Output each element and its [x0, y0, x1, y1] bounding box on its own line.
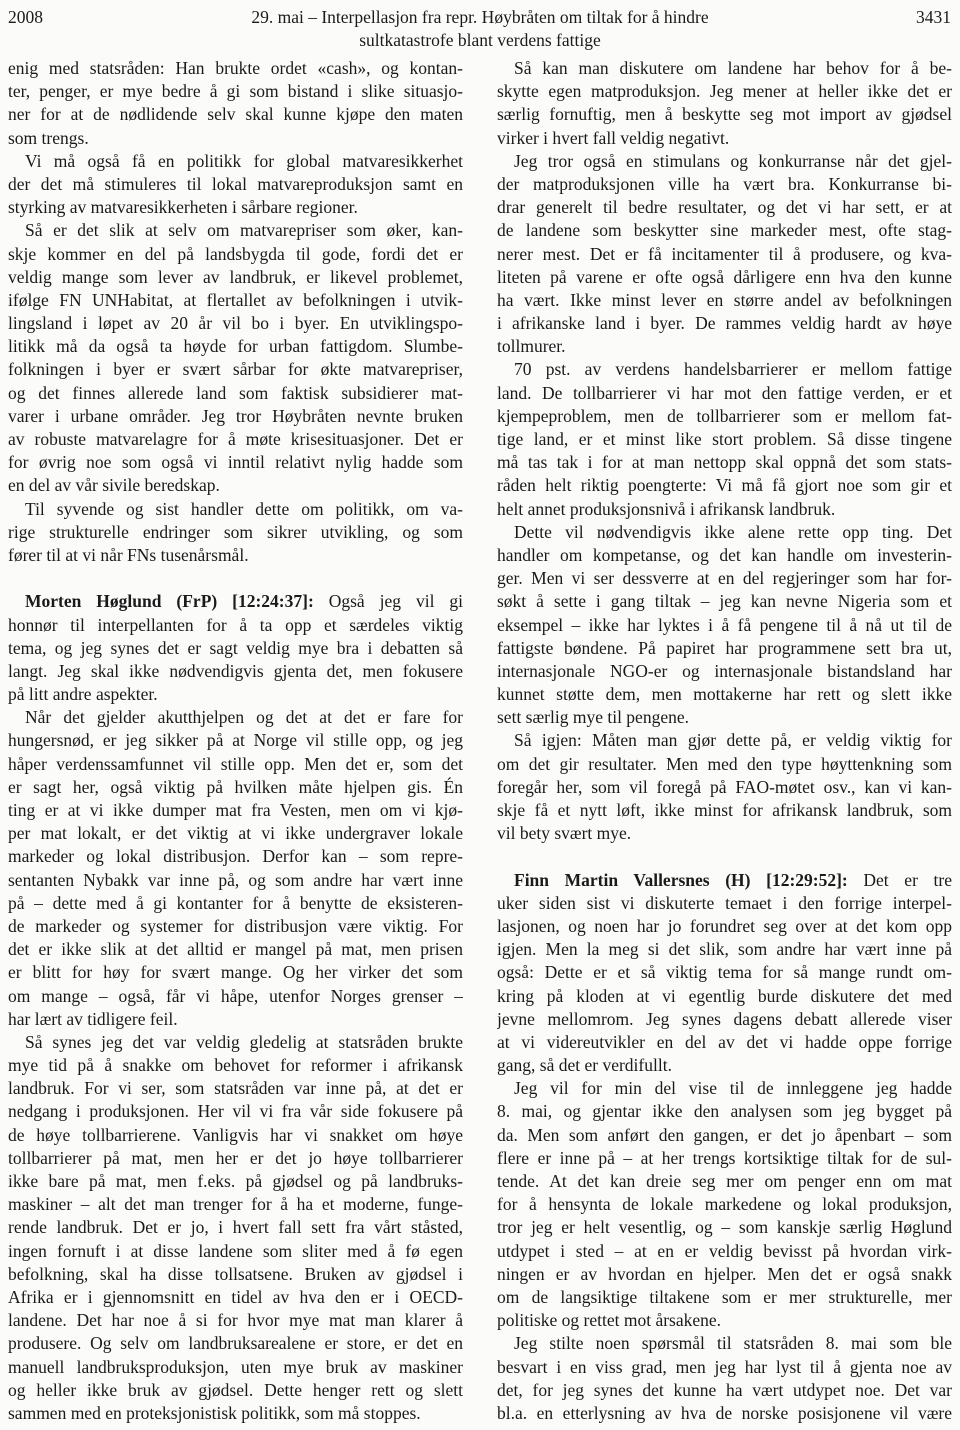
text-line: jevne mellomrom. Jeg synes dagens debatt…	[497, 1008, 952, 1031]
text-line: Dette vil nødvendigvis ikke alene rette …	[497, 521, 952, 544]
text-line: hungersnød, er jeg sikker på at Norge vi…	[8, 729, 463, 752]
text-line: at vi videreutvikler en del av det vi ha…	[497, 1031, 952, 1054]
text-line: på litt andre aspekter.	[8, 683, 463, 706]
text-line: Finn Martin Vallersnes (H) [12:29:52]: D…	[497, 869, 952, 892]
text-line: land. De tollbarrierer vi har mot den fa…	[497, 382, 952, 405]
text-line: særlig fornuftig, men å beskytte seg mot…	[497, 103, 952, 126]
text-line: sentanten Nybakk var inne på, og som and…	[8, 869, 463, 892]
text-line: Jeg stilte noen spørsmål til statsråden …	[497, 1332, 952, 1355]
paragraph: Så synes jeg det var veldig gledelig at …	[8, 1031, 463, 1425]
text-line: politiske og rettet mot årsakene.	[497, 1309, 952, 1332]
text-line: som trengs.	[8, 127, 463, 150]
paragraph: Så kan man diskutere om landene har beho…	[497, 57, 952, 150]
paragraph: enig med statsråden: Han brukte ordet «c…	[8, 57, 463, 150]
text-line: handler om kompetanse, og det kan handle…	[497, 544, 952, 567]
paragraph: Til syvende og sist handler dette om pol…	[8, 498, 463, 568]
text-line: er sagt her, også viktig på hvilken måte…	[8, 776, 463, 799]
text-line: der det må stimuleres til lokal matvarep…	[8, 173, 463, 196]
text-line: fattigste bøndene. På papiret har progra…	[497, 637, 952, 660]
text-line: søkt å sette i gang tiltak – jeg kan nev…	[497, 590, 952, 613]
text-line: råden helt riktig poengterte: Vi må få g…	[497, 474, 952, 497]
text-line: må tas tak i for at man nettopp skal opp…	[497, 451, 952, 474]
text-line: kring på kloden at vi egentlig burde dis…	[497, 985, 952, 1008]
text-line: produsere. Og selv om landbruksarealene …	[8, 1332, 463, 1355]
text-line: de høye tollbarrierene. Vanligvis har vi…	[8, 1124, 463, 1147]
text-line: styrking av matvaresikkerheten i sårbare…	[8, 196, 463, 219]
text-line: lasjonen, og noen har jo forundret seg o…	[497, 915, 952, 938]
text-line: fører til at vi når FNs tusenårsmål.	[8, 544, 463, 567]
text-line: besvart i en viss grad, men jeg har lyst…	[497, 1356, 952, 1379]
text-line: ningen er av hvordan en hjelper. Men det…	[497, 1263, 952, 1286]
left-column: enig med statsråden: Han brukte ordet «c…	[8, 57, 463, 1425]
text-line: gang, så det er verdifullt.	[497, 1054, 952, 1077]
text-line: Jeg tror også en stimulans og konkurrans…	[497, 150, 952, 173]
paragraph: Vi må også få en politikk for global mat…	[8, 150, 463, 220]
text-line: Til syvende og sist handler dette om pol…	[8, 498, 463, 521]
text-line: ingen fornuft i at disse landene som sli…	[8, 1240, 463, 1263]
text-line: kjempeproblem, men de tollbarrierer som …	[497, 405, 952, 428]
text-line: ner for at de nødlidende selv skal kunne…	[8, 103, 463, 126]
speaker-name: Finn Martin Vallersnes (H) [12:29:52]:	[514, 870, 848, 890]
text-line: Morten Høglund (FrP) [12:24:37]: Også je…	[8, 590, 463, 613]
text-line: skje kommer en del på landsbygda til god…	[8, 243, 463, 266]
text-line: nerer mest. Det er få incitamenter til å…	[497, 243, 952, 266]
text-line: enig med statsråden: Han brukte ordet «c…	[8, 57, 463, 80]
text-line: ter, penger, er mye bedre å gi som bista…	[8, 80, 463, 103]
text-line: helt annet produksjonsnivå i afrikansk l…	[497, 498, 952, 521]
text-line: ha vært. Ikke minst lever en større ande…	[497, 289, 952, 312]
edition-year: 2008	[8, 6, 43, 29]
text-line: av robuste matvarelagre for å møte krise…	[8, 428, 463, 451]
text-line: Så er det slik at selv om matvarepriser …	[8, 219, 463, 242]
text-line: de landene som beskytter sine markeder m…	[497, 219, 952, 242]
text-line: veldig mange som lever av landbruk, er l…	[8, 266, 463, 289]
text-line: landene. Det har noe å si for hvor mye m…	[8, 1309, 463, 1332]
text-line: tende. At det kan dreie seg mer om penge…	[497, 1170, 952, 1193]
text-line: manuell landbruksproduksjon, uten mye br…	[8, 1356, 463, 1379]
text-line: tollbarrierer på mat, men her er det jo …	[8, 1147, 463, 1170]
text-line: landbruk. For vi ser, som statsråden var…	[8, 1077, 463, 1100]
text-line: ting er at vi ikke dumper mat fra Vesten…	[8, 799, 463, 822]
text-line: om det gir resultater. Men med den type …	[497, 753, 952, 776]
text-line: Så igjen: Måten man gjør dette på, er ve…	[497, 729, 952, 752]
text-line: i afrikanske land i byer. De rammes veld…	[497, 312, 952, 335]
paragraph: Så er det slik at selv om matvarepriser …	[8, 219, 463, 497]
text-line: tige land, er et minst like stort proble…	[497, 428, 952, 451]
text-line: Afrika er i gjennomsnitt en tidel av hva…	[8, 1286, 463, 1309]
paragraph: 70 pst. av verdens handelsbarrierer er m…	[497, 358, 952, 520]
text-line: honnør til interpellanten for å ta opp e…	[8, 614, 463, 637]
text-line: per mat lokalt, er det viktig at vi ikke…	[8, 822, 463, 845]
text-line: folkningen i byer er svært sårbar for øk…	[8, 358, 463, 381]
text-line: ikke bare på mat, men f.eks. på gjødsel …	[8, 1170, 463, 1193]
text-line: nedgang i produksjonen. Her vil vi fra v…	[8, 1100, 463, 1123]
text-line: og heller ikke bruk av gjødsel. Dette he…	[8, 1379, 463, 1402]
text-line: det, for jeg synes det kunne ha vært utd…	[497, 1379, 952, 1402]
running-title: 29. mai – Interpellasjon fra repr. Høybr…	[80, 6, 880, 52]
text-line: mye tid på å snakke om behovet for refor…	[8, 1054, 463, 1077]
paragraph: Dette vil nødvendigvis ikke alene rette …	[497, 521, 952, 730]
text-line: 8. mai, og gjentar ikke den analysen som…	[497, 1100, 952, 1123]
two-column-body: enig med statsråden: Han brukte ordet «c…	[0, 57, 960, 1425]
text-line: flere er inne på – at her trengs kortsik…	[497, 1147, 952, 1170]
text-line: tror jeg er helt vesentlig, og – som kan…	[497, 1216, 952, 1239]
text-line: da. Men som anført den gangen, er det jo…	[497, 1124, 952, 1147]
text-line: Jeg vil for min del vise til de innlegge…	[497, 1077, 952, 1100]
speech-paragraph: Finn Martin Vallersnes (H) [12:29:52]: D…	[497, 869, 952, 1078]
text-line: bl.a. en etterlysning av hva de norske p…	[497, 1402, 952, 1425]
paragraph: Når det gjelder akutthjelpen og det at d…	[8, 706, 463, 1031]
text-line: befolkning, skal ha disse tollsatsene. B…	[8, 1263, 463, 1286]
text-line: skytte egen matproduksjon. Jeg mener at …	[497, 80, 952, 103]
text-line: Så kan man diskutere om landene har beho…	[497, 57, 952, 80]
text-line: ifølge FN UNHabitat, at flertallet av be…	[8, 289, 463, 312]
right-column: Så kan man diskutere om landene har beho…	[497, 57, 952, 1425]
text-line: eksempel – ikke har lyktes i å få pengen…	[497, 614, 952, 637]
text-line: Så synes jeg det var veldig gledelig at …	[8, 1031, 463, 1054]
paragraph: Jeg stilte noen spørsmål til statsråden …	[497, 1332, 952, 1425]
text-line: lingsland i løpet av 20 år vil bo i byer…	[8, 312, 463, 335]
text-line: virker i hvert fall veldig negativt.	[497, 127, 952, 150]
text-line: markeder og lokal distribusjon. Derfor k…	[8, 845, 463, 868]
text-line: er blitt for høy for svært mange. Og her…	[8, 961, 463, 984]
text-line: internasjonale NGO-er og internasjonale …	[497, 660, 952, 683]
text-line: rige strukturelle endringer som sikrer u…	[8, 521, 463, 544]
page-number: 3431	[916, 6, 951, 29]
text-line: varer i urbane områder. Jeg tror Høybråt…	[8, 405, 463, 428]
text-line: har lært av tidligere feil.	[8, 1008, 463, 1031]
text-line: igjen. Men la meg si det slik, som andre…	[497, 938, 952, 961]
text-line: der matproduksjonen ville ha vært bra. K…	[497, 173, 952, 196]
text-line: de markeder og systemer for distribusjon…	[8, 915, 463, 938]
text-line: tema, og jeg synes det er sagt veldig my…	[8, 637, 463, 660]
speech-paragraph: Morten Høglund (FrP) [12:24:37]: Også je…	[8, 590, 463, 706]
text-line: langt. Jeg skal ikke nødvendigvis gjenta…	[8, 660, 463, 683]
paragraph: Så igjen: Måten man gjør dette på, er ve…	[497, 729, 952, 845]
text-line: om de langsiktige tiltakene som er mer s…	[497, 1286, 952, 1309]
text-line: 70 pst. av verdens handelsbarrierer er m…	[497, 358, 952, 381]
text-line: for å hensynta de lokale markedene og lo…	[497, 1193, 952, 1216]
text-line: litikk må da også ta høyde for urban fat…	[8, 335, 463, 358]
text-line: tollmurer.	[497, 335, 952, 358]
text-line: på – dette med å gi kontanter for å beny…	[8, 892, 463, 915]
text-line: foregår her, som vil foregå på FAO-møtet…	[497, 776, 952, 799]
text-line: en del av vår sivile beredskap.	[8, 474, 463, 497]
text-line: det er ikke slik at det alltid er mangel…	[8, 938, 463, 961]
text-line: maskiner – alt det man trenger for å ha …	[8, 1193, 463, 1216]
text-line: vil bety svært mye.	[497, 822, 952, 845]
paragraph: Jeg vil for min del vise til de innlegge…	[497, 1077, 952, 1332]
text-line: uker siden sist vi diskuterte temaet i d…	[497, 892, 952, 915]
text-line: for øvrig noe som også vi inntil relativ…	[8, 451, 463, 474]
text-line: kunnet støtte dem, men mottakerne har re…	[497, 683, 952, 706]
running-title-line2: sultkatastrofe blant verdens fattige	[80, 29, 880, 52]
text-line: håper verdenssamfunnet vil stille opp. M…	[8, 753, 463, 776]
page-header: 2008 29. mai – Interpellasjon fra repr. …	[0, 0, 960, 53]
text-line: liteten på varene er ofte også dårligere…	[497, 266, 952, 289]
text-line: sammen med en proteksjonistisk politikk,…	[8, 1402, 463, 1425]
text-line: også: Dette er et så viktig tema for så …	[497, 961, 952, 984]
text-line: drar generelt til bedre resultater, og d…	[497, 196, 952, 219]
text-line: sett særlig mye til pengene.	[497, 706, 952, 729]
text-line: utdypet i sted – at en er veldig bevisst…	[497, 1240, 952, 1263]
text-line: rende landbruk. Det er jo, i hvert fall …	[8, 1216, 463, 1239]
text-line: skje få et nytt løft, ikke minst for afr…	[497, 799, 952, 822]
document-page: 2008 29. mai – Interpellasjon fra repr. …	[0, 0, 960, 1430]
text-line: ger. Men vi ser dessverre at en del regj…	[497, 567, 952, 590]
running-title-line1: 29. mai – Interpellasjon fra repr. Høybr…	[80, 6, 880, 29]
speaker-name: Morten Høglund (FrP) [12:24:37]:	[25, 591, 314, 611]
text-line: og det finnes allerede land som faktisk …	[8, 382, 463, 405]
text-line: om mange – også, får vi håpe, utenfor No…	[8, 985, 463, 1008]
paragraph: Jeg tror også en stimulans og konkurrans…	[497, 150, 952, 359]
text-line: Vi må også få en politikk for global mat…	[8, 150, 463, 173]
text-line: Når det gjelder akutthjelpen og det at d…	[8, 706, 463, 729]
